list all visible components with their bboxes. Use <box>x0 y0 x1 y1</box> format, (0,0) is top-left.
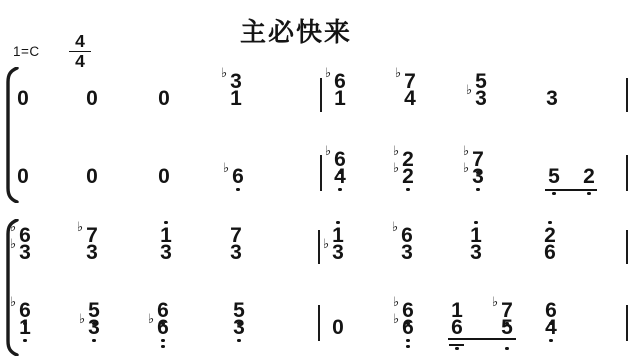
barline <box>626 305 628 341</box>
note-digit: 4 <box>400 91 420 107</box>
octave-down-dot <box>406 188 409 191</box>
note-digit: 0 <box>154 91 174 107</box>
note-digit: 2 <box>579 169 599 185</box>
octave-down-dot <box>552 192 555 195</box>
octave-up-dot <box>336 221 339 224</box>
barline <box>626 230 628 264</box>
note-digit: 2 <box>398 169 418 185</box>
note-digit: 0 <box>82 169 102 185</box>
chord-note-bottom: 3 <box>82 245 102 261</box>
note-digit: 0 <box>154 169 174 185</box>
note-digit: 3 <box>156 245 176 261</box>
note-digit: 6 <box>540 245 560 261</box>
octave-down-dot <box>338 188 341 191</box>
note-digit: 3 <box>226 245 246 261</box>
note: 3 <box>542 91 562 107</box>
sheet-music-page: 主必快来 1=C 4 4 0003♭16♭17♭453♭30006♭6♭42♭2… <box>0 0 640 361</box>
beam-line <box>545 189 597 191</box>
chord-note-bottom: 3 <box>226 245 246 261</box>
grand-staff-brace-icon <box>2 67 20 208</box>
flat-accidental-icon: ♭ <box>325 68 331 80</box>
note-digit: 3 <box>397 245 417 261</box>
barline <box>320 155 322 191</box>
octave-down-dot <box>476 188 479 191</box>
octave-down-dot <box>406 345 409 348</box>
flat-accidental-icon: ♭ <box>148 314 154 326</box>
octave-up-dot <box>164 221 167 224</box>
note-digit: 3 <box>229 320 249 336</box>
note-digit: 1 <box>330 91 350 107</box>
note-digit: 3 <box>84 320 104 336</box>
octave-down-dot <box>161 339 164 342</box>
rest: 0 <box>328 320 348 336</box>
note-digit: 6 <box>228 169 248 185</box>
song-title: 主必快来 <box>156 12 436 49</box>
octave-down-dot <box>505 347 508 350</box>
note-digit: 6 <box>398 320 418 336</box>
rest: 0 <box>82 169 102 185</box>
note: 2 <box>579 169 599 185</box>
barline <box>320 78 322 112</box>
octave-up-dot <box>548 221 551 224</box>
chord-note-bottom: 3 <box>466 245 486 261</box>
chord-note-bottom: 3 <box>156 245 176 261</box>
barline <box>626 78 628 112</box>
note-digit: 6 <box>153 320 173 336</box>
note-digit: 1 <box>226 91 246 107</box>
octave-down-dot <box>587 192 590 195</box>
chord-note-bottom: 6♭ <box>398 320 418 336</box>
note-digit: 3 <box>468 169 488 185</box>
flat-accidental-icon: ♭ <box>463 163 469 175</box>
time-signature-numerator: 4 <box>70 33 90 49</box>
note-digit: 3 <box>471 91 491 107</box>
note-digit: 6 <box>447 320 467 336</box>
octave-down-dot <box>236 188 239 191</box>
octave-down-dot <box>237 339 240 342</box>
chord-note-bottom: 6 <box>540 245 560 261</box>
chord-note-bottom: 6 <box>447 320 467 336</box>
note: 5 <box>544 169 564 185</box>
flat-accidental-icon: ♭ <box>77 222 83 234</box>
note-digit: 4 <box>330 169 350 185</box>
chord-note-bottom: 3♭ <box>328 245 348 261</box>
note-digit: 3 <box>466 245 486 261</box>
chord-note-bottom: 3♭ <box>84 320 104 336</box>
flat-accidental-icon: ♭ <box>221 68 227 80</box>
note-digit: 0 <box>82 91 102 107</box>
chord-note-bottom: 4 <box>541 320 561 336</box>
flat-accidental-icon: ♭ <box>463 146 469 158</box>
chord-note-bottom: 4 <box>330 169 350 185</box>
note-digit: 3 <box>542 91 562 107</box>
chord-note-bottom: 3 <box>229 320 249 336</box>
barline <box>318 230 320 264</box>
note-digit: 3 <box>82 245 102 261</box>
flat-accidental-icon: ♭ <box>492 297 498 309</box>
octave-down-dot <box>23 339 26 342</box>
note-digit: 5 <box>497 320 517 336</box>
chord-note-bottom: 3♭ <box>471 91 491 107</box>
octave-down-dot <box>161 345 164 348</box>
chord-note-bottom: 6♭ <box>153 320 173 336</box>
flat-accidental-icon: ♭ <box>223 163 229 175</box>
note-digit: 5 <box>544 169 564 185</box>
key-signature: 1=C <box>13 44 40 59</box>
rest: 0 <box>82 91 102 107</box>
barline <box>626 155 628 191</box>
note-digit: 4 <box>541 320 561 336</box>
chord-note-bottom: 5 <box>497 320 517 336</box>
flat-accidental-icon: ♭ <box>466 85 472 97</box>
flat-accidental-icon: ♭ <box>392 222 398 234</box>
chord-note-bottom: 4 <box>400 91 420 107</box>
note-digit: 3 <box>328 245 348 261</box>
chord-note-bottom: 1 <box>330 91 350 107</box>
flat-accidental-icon: ♭ <box>395 68 401 80</box>
chord-note-bottom: 1 <box>226 91 246 107</box>
note: 6♭ <box>228 169 248 185</box>
flat-accidental-icon: ♭ <box>393 297 399 309</box>
chord-note-bottom: 3 <box>397 245 417 261</box>
octave-down-dot <box>406 339 409 342</box>
flat-accidental-icon: ♭ <box>325 146 331 158</box>
octave-down-dot <box>92 339 95 342</box>
chord-note-bottom: 2♭ <box>398 169 418 185</box>
flat-accidental-icon: ♭ <box>393 314 399 326</box>
octave-up-dot <box>474 221 477 224</box>
flat-accidental-icon: ♭ <box>323 239 329 251</box>
flat-accidental-icon: ♭ <box>393 146 399 158</box>
octave-down-dot <box>455 347 458 350</box>
chord-note-bottom: 3♭ <box>468 169 488 185</box>
octave-down-dot <box>549 339 552 342</box>
beam-line <box>449 344 464 346</box>
flat-accidental-icon: ♭ <box>79 314 85 326</box>
grand-staff-brace-icon <box>2 219 20 361</box>
barline <box>318 305 320 341</box>
time-signature-denominator: 4 <box>70 53 90 69</box>
rest: 0 <box>154 169 174 185</box>
rest: 0 <box>154 91 174 107</box>
flat-accidental-icon: ♭ <box>393 163 399 175</box>
note-digit: 0 <box>328 320 348 336</box>
